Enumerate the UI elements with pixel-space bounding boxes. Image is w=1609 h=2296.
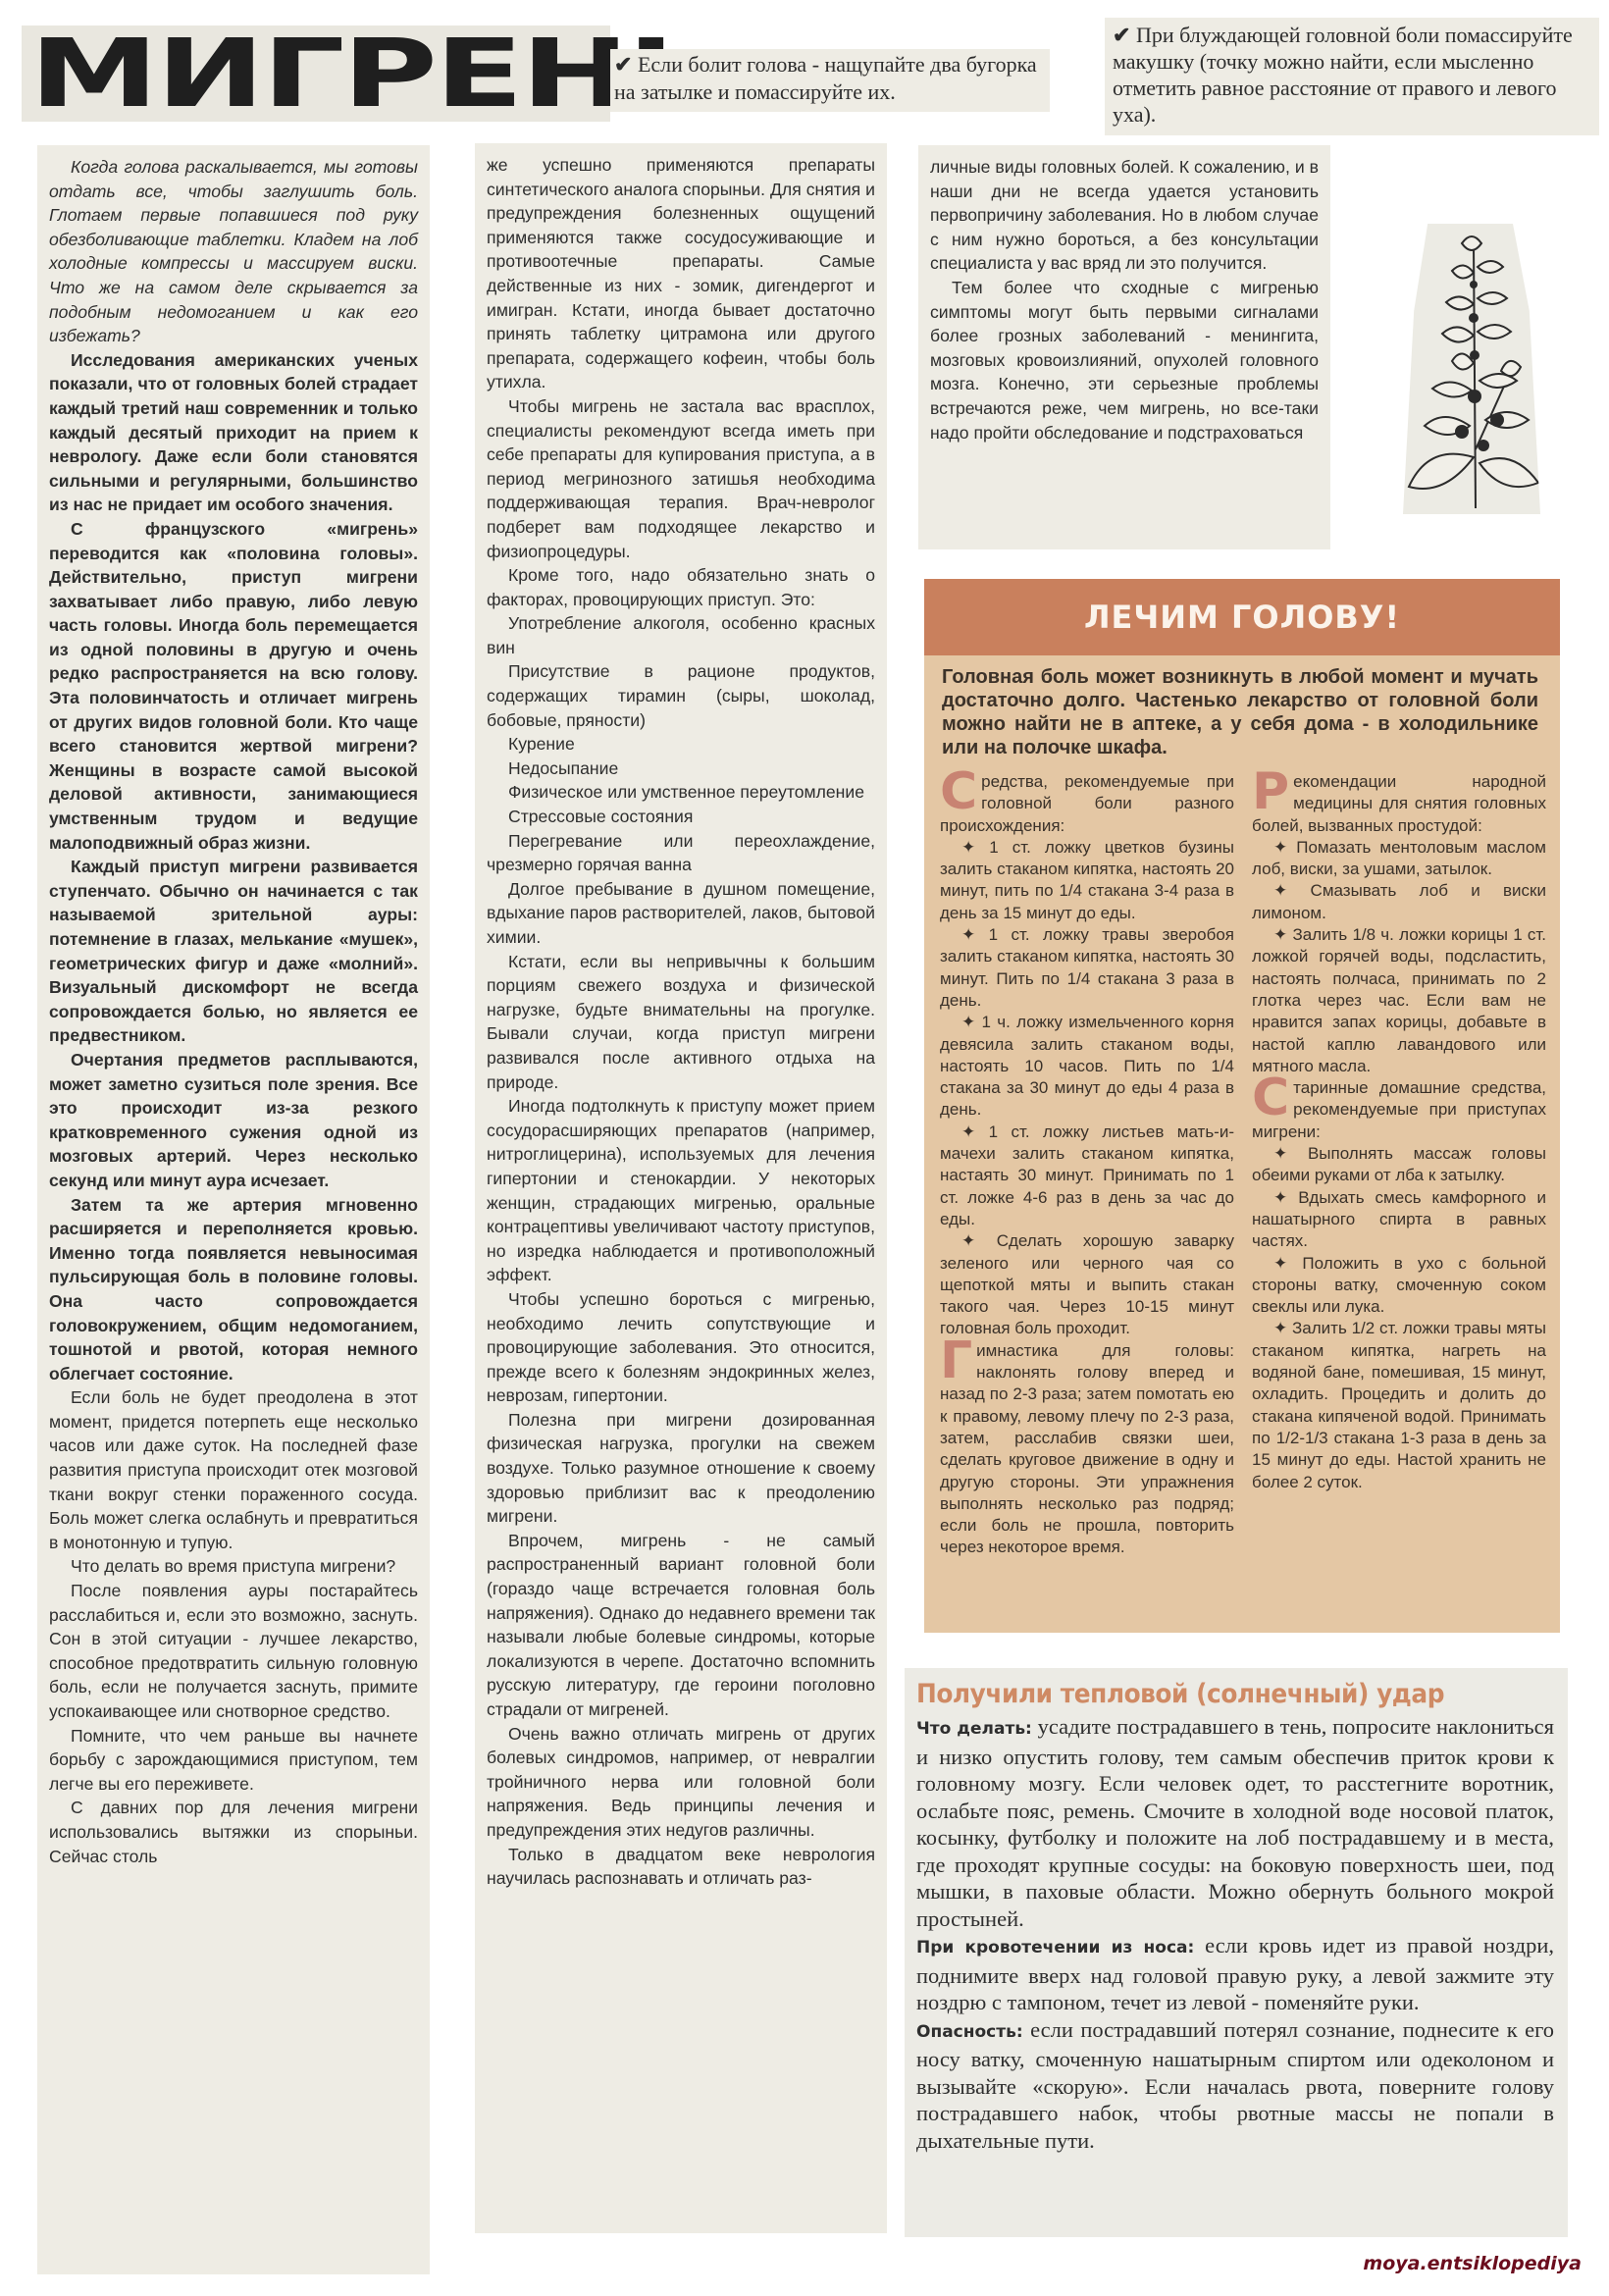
danger-label: Опасность: — [916, 2022, 1023, 2042]
remedy-text: 1 ст. ложку цветков бузины залить стакан… — [940, 838, 1234, 922]
trigger-item: Курение — [487, 732, 875, 757]
remedy-item: ✦ Сделать хорошую заварку зеленого или ч… — [940, 1230, 1234, 1339]
paragraph: Если боль не будет преодолена в этот мом… — [49, 1385, 418, 1554]
remedies-columns: С редства, рекомендуемые при головной бо… — [924, 765, 1560, 1559]
dropcap: Р — [1252, 771, 1289, 812]
trigger-item: Стрессовые состояния — [487, 805, 875, 829]
paragraph: Каждый приступ мигрени развивается ступе… — [49, 855, 418, 1048]
paragraph: Полезна при мигрени дозированная физичес… — [487, 1408, 875, 1529]
remedy-text: Вдыхать смесь камфорного и нашатырного с… — [1252, 1188, 1546, 1251]
remedies-left-column: С редства, рекомендуемые при головной бо… — [940, 771, 1234, 1559]
diamond-bullet-icon: ✦ — [961, 838, 975, 857]
diamond-bullet-icon: ✦ — [1273, 1319, 1287, 1337]
remedy-text: Смазывать лоб и виски лимоном. — [1252, 881, 1546, 921]
what-to-do-paragraph: Что делать: усадите пострадавшего в тень… — [916, 1713, 1554, 1932]
article-column-2: же успешно применяются препараты синтети… — [475, 143, 887, 2233]
tip-box-1: ✔ Если болит голова - нащупайте два буго… — [610, 49, 1050, 112]
paragraph: Тем более что сходные с мигренью симптом… — [930, 276, 1319, 444]
remedies-box-title: ЛЕЧИМ ГОЛОВУ! — [924, 579, 1560, 655]
diamond-bullet-icon: ✦ — [1273, 1254, 1287, 1273]
tip-box-2: ✔ При блуждающей головной боли помассиру… — [1105, 18, 1599, 135]
trigger-item: Физическое или умственное переутомление — [487, 780, 875, 805]
diamond-bullet-icon: ✦ — [961, 1231, 975, 1250]
paragraph: Исследования американских ученых показал… — [49, 348, 418, 517]
site-watermark: moya.entsiklopediya — [1326, 2253, 1582, 2274]
nosebleed-label: При кровотечении из носа: — [916, 1938, 1194, 1957]
paragraph: же успешно применяются препараты синтети… — [487, 153, 875, 394]
sunstroke-box: Получили тепловой (солнечный) удар Что д… — [905, 1668, 1568, 2237]
article-lead: Когда голова раскалывается, мы готовы от… — [49, 155, 418, 348]
trigger-item: Употребление алкоголя, особенно красных … — [487, 611, 875, 659]
remedy-item: ✦ 1 ст. ложку листьев мать-и-мачехи зали… — [940, 1122, 1234, 1230]
remedy-text: Положить в ухо с больной стороны ватку, … — [1252, 1254, 1546, 1317]
checkmark-icon: ✔ — [614, 52, 632, 77]
trigger-item: Долгое пребывание в душном помещение, вд… — [487, 877, 875, 950]
danger-paragraph: Опасность: если пострадавший потерял соз… — [916, 2016, 1554, 2155]
mint-plant-icon — [1403, 224, 1540, 514]
remedy-item: ✦ Залить 1/2 ст. ложки травы мяты стакан… — [1252, 1318, 1546, 1492]
headline-block: МИГРЕНЬ — [22, 26, 610, 122]
diamond-bullet-icon: ✦ — [961, 925, 975, 944]
remedy-item: ✦ 1 ст. ложку травы зверобоя залить стак… — [940, 924, 1234, 1012]
remedy-text: Залить 1/2 ст. ложки травы мяты стаканом… — [1252, 1319, 1546, 1490]
paragraph: Затем та же артерия мгновенно расширяетс… — [49, 1193, 418, 1386]
what-to-do-text: усадите пострадавшего в тень, попросите … — [916, 1714, 1554, 1931]
article-column-3: личные виды головных болей. К сожалению,… — [918, 145, 1330, 549]
remedy-text: Сделать хорошую заварку зеленого или чер… — [940, 1231, 1234, 1337]
remedy-item: ✦ Вдыхать смесь камфорного и нашатырного… — [1252, 1187, 1546, 1253]
remedy-item: ✦ 1 ч. ложку измельченного корня девясил… — [940, 1012, 1234, 1121]
remedies-box: ЛЕЧИМ ГОЛОВУ! Головная боль может возник… — [924, 579, 1560, 1633]
article-column-1: Когда голова раскалывается, мы готовы от… — [37, 145, 430, 2274]
remedy-text: 1 ч. ложку измельченного корня девясила … — [940, 1013, 1234, 1119]
paragraph: С французского «мигрень» переводится как… — [49, 517, 418, 855]
trigger-item: Перегревание или переохлаждение, чрезмер… — [487, 829, 875, 877]
section-intro: таринные домашние средства, рекомендуемы… — [1252, 1078, 1546, 1141]
remedy-item: ✦ Положить в ухо с больной стороны ватку… — [1252, 1253, 1546, 1319]
remedy-text: Выполнять массаж головы обеими руками от… — [1252, 1144, 1546, 1184]
remedies-section-gymnastics: Г имнастика для головы: наклонять голову… — [940, 1340, 1234, 1559]
paragraph: Иногда подтолкнуть к приступу может прие… — [487, 1094, 875, 1287]
paragraph: С давних пор для лечения мигрени использ… — [49, 1796, 418, 1868]
paragraph: Чтобы успешно бороться с мигренью, необх… — [487, 1287, 875, 1408]
checkmark-icon: ✔ — [1113, 23, 1130, 47]
mint-plant-illustration — [1403, 224, 1540, 514]
diamond-bullet-icon: ✦ — [961, 1013, 975, 1031]
dropcap: С — [940, 771, 977, 812]
remedy-text: Помазать ментоловым маслом лоб, виски, з… — [1252, 838, 1546, 878]
remedies-section-old: С таринные домашние средства, рекомендуе… — [1252, 1077, 1546, 1143]
trigger-item: Присутствие в рационе продуктов, содержа… — [487, 659, 875, 732]
diamond-bullet-icon: ✦ — [1273, 838, 1287, 857]
trigger-item: Недосыпание — [487, 757, 875, 781]
remedies-right-column: Р екомендации народной медицины для снят… — [1252, 771, 1546, 1559]
diamond-bullet-icon: ✦ — [961, 1122, 975, 1141]
remedy-text: 1 ст. ложку листьев мать-и-мачехи залить… — [940, 1122, 1234, 1228]
paragraph: личные виды головных болей. К сожалению,… — [930, 155, 1319, 276]
diamond-bullet-icon: ✦ — [1273, 1144, 1287, 1163]
remedy-text: 1 ст. ложку травы зверобоя залить стакан… — [940, 925, 1234, 1010]
paragraph: Очень важно отличать мигрень от других б… — [487, 1722, 875, 1843]
paragraph: Помните, что чем раньше вы начнете борьб… — [49, 1724, 418, 1797]
subheading: Что делать во время приступа мигрени? — [49, 1554, 418, 1579]
sunstroke-title: Получили тепловой (солнечный) удар — [916, 1678, 1503, 1711]
section-text: имнастика для головы: наклонять голову в… — [940, 1341, 1234, 1557]
remedy-text: Залить 1/8 ч. ложки корицы 1 ст. ложкой … — [1252, 925, 1546, 1075]
section-intro: редства, рекомендуемые при головной боли… — [940, 772, 1234, 835]
diamond-bullet-icon: ✦ — [1273, 925, 1287, 944]
paragraph: Кроме того, надо обязательно знать о фак… — [487, 563, 875, 611]
dropcap: Г — [940, 1340, 972, 1382]
tip-text-1: Если болит голова - нащупайте два бугорк… — [614, 52, 1037, 104]
remedy-item: ✦ Выполнять массаж головы обеими руками … — [1252, 1143, 1546, 1187]
section-intro: екомендации народной медицины для снятия… — [1252, 772, 1546, 835]
remedy-item: ✦ Помазать ментоловым маслом лоб, виски,… — [1252, 837, 1546, 881]
remedy-item: ✦ 1 ст. ложку цветков бузины залить стак… — [940, 837, 1234, 924]
remedies-section-folk: Р екомендации народной медицины для снят… — [1252, 771, 1546, 837]
nosebleed-paragraph: При кровотечении из носа: если кровь иде… — [916, 1932, 1554, 2016]
remedy-item: ✦ Смазывать лоб и виски лимоном. — [1252, 880, 1546, 924]
paragraph: После появления ауры постарайтесь рассла… — [49, 1579, 418, 1724]
paragraph: Только в двадцатом веке неврология научи… — [487, 1843, 875, 1891]
paragraph: Впрочем, мигрень - не самый распростране… — [487, 1529, 875, 1722]
paragraph: Кстати, если вы непривычны к большим пор… — [487, 950, 875, 1095]
dropcap: С — [1252, 1077, 1289, 1119]
diamond-bullet-icon: ✦ — [1273, 1188, 1287, 1207]
remedies-box-lead: Головная боль может возникнуть в любой м… — [924, 655, 1560, 765]
paragraph: Очертания предметов расплываются, может … — [49, 1048, 418, 1193]
diamond-bullet-icon: ✦ — [1273, 881, 1287, 900]
remedy-item: ✦ Залить 1/8 ч. ложки корицы 1 ст. ложко… — [1252, 924, 1546, 1077]
what-to-do-label: Что делать: — [916, 1719, 1032, 1739]
tip-text-2: При блуждающей головной боли помассируйт… — [1113, 23, 1573, 127]
paragraph: Чтобы мигрень не застала вас врасплох, с… — [487, 394, 875, 563]
remedies-section-general: С редства, рекомендуемые при головной бо… — [940, 771, 1234, 837]
